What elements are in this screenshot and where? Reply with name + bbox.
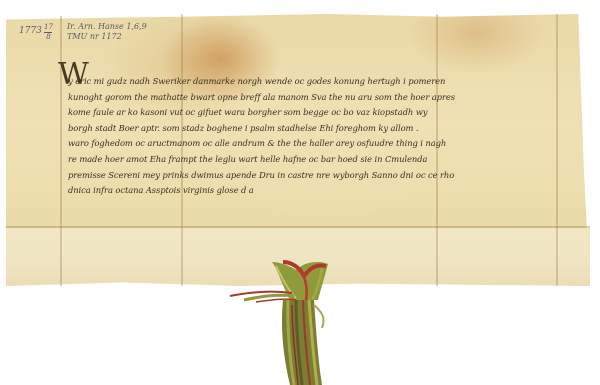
- text-line: premisse Scereni mey prinks dwimus apend…: [68, 168, 508, 184]
- archive-fraction-top: 17: [44, 24, 53, 31]
- charter-text: y eric mi gudz nadh Sweriker danmarke no…: [68, 74, 508, 199]
- fold-crease-horizontal: [6, 226, 590, 228]
- text-line: dnica infra octana Assptois virginis glo…: [68, 183, 508, 199]
- archive-reference: Ir. Arn. Hanse 1,6,9 TMU nr 1172: [67, 22, 147, 42]
- fold-crease-vertical: [556, 14, 558, 286]
- parchment-turnup-fold: [6, 228, 590, 286]
- text-line: y eric mi gudz nadh Sweriker danmarke no…: [68, 74, 508, 90]
- archive-reference-line1: Ir. Arn. Hanse 1,6,9: [67, 22, 147, 32]
- text-line: waro foghedom oc aructmanom oc alle andr…: [68, 136, 508, 152]
- text-line: re made hoer amot Eha frampt the leglu w…: [68, 152, 508, 168]
- text-line: borgh stadt Boer aptr. som stadz boghene…: [68, 121, 508, 137]
- archive-reference-line2: TMU nr 1172: [67, 32, 147, 42]
- archive-fraction-bottom: 8: [44, 34, 53, 41]
- archive-number: 1773: [19, 26, 42, 36]
- text-line: kunoght gorom the mathatte bwart opne br…: [68, 90, 508, 106]
- text-line: kome faule ar ko kasoni vut oc gifuet wa…: [68, 105, 508, 121]
- archive-fraction: 17 8: [44, 24, 53, 41]
